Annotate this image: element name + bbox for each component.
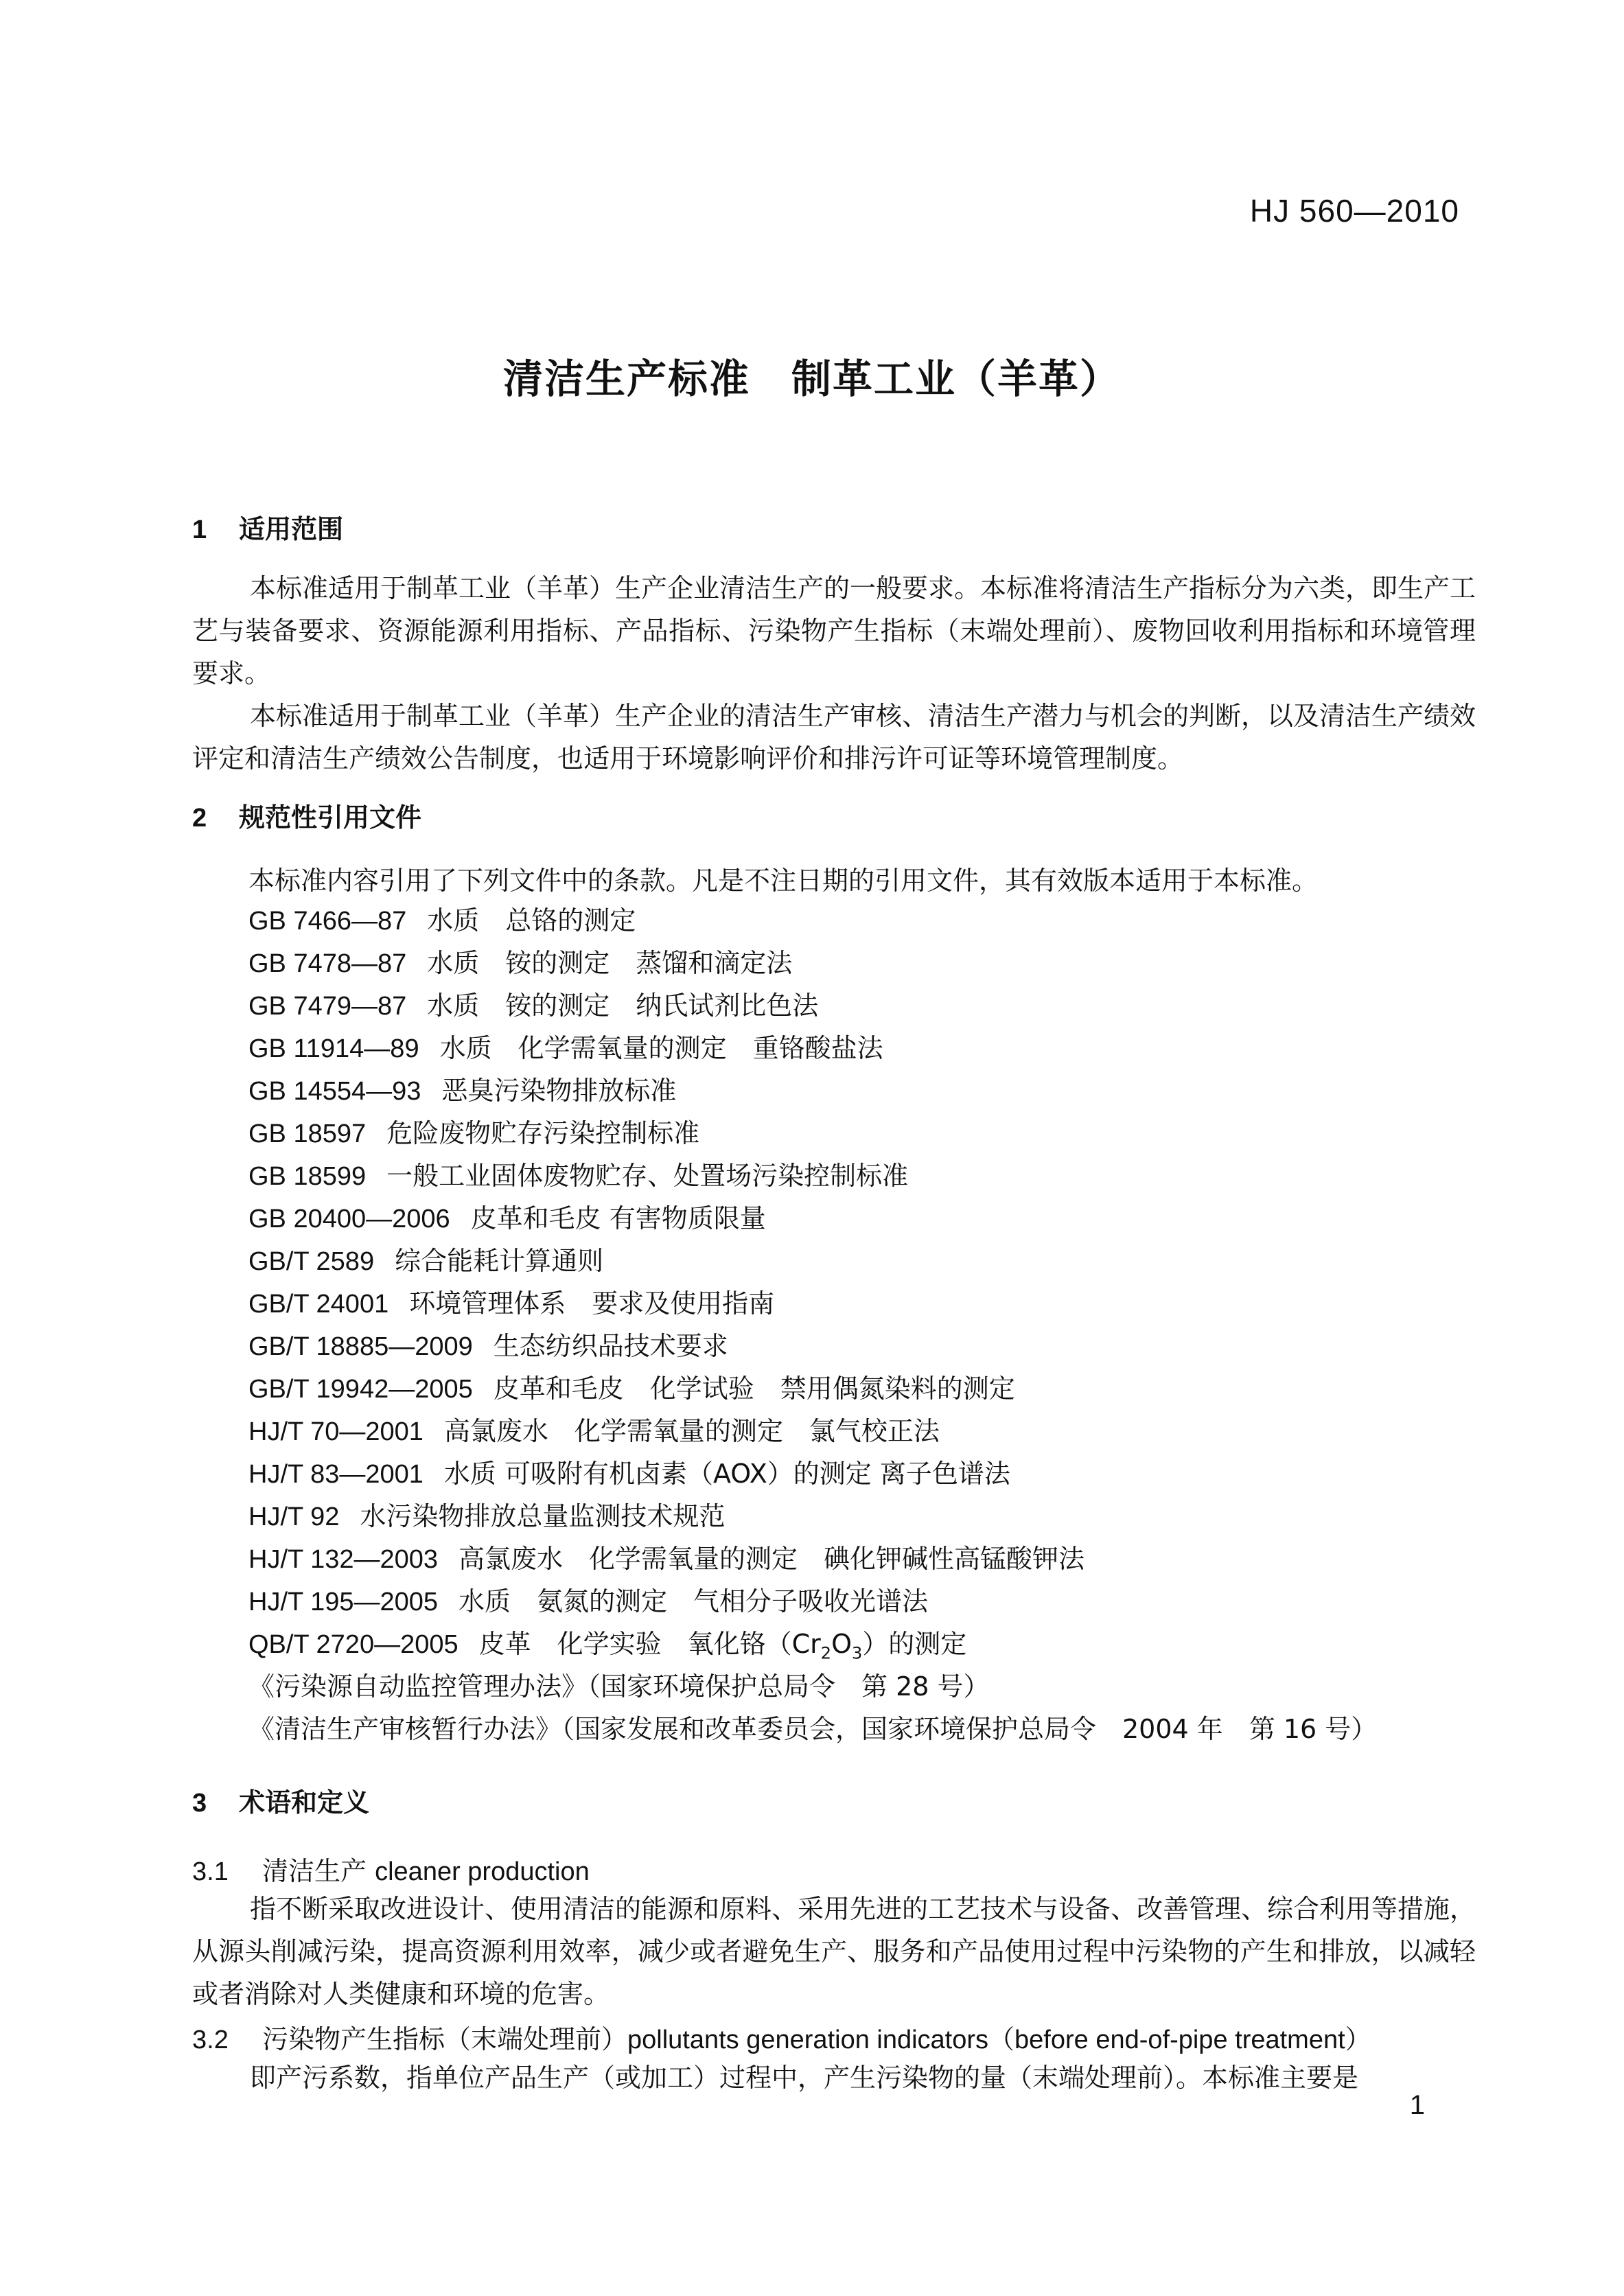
section-1-heading: 1适用范围	[192, 508, 343, 546]
document-page: HJ 560—2010 清洁生产标准 制革工业（羊革） 1适用范围 本标准适用于…	[0, 0, 1624, 2296]
term-number: 3.2	[192, 2026, 262, 2055]
reference-title: 皮革和毛皮 有害物质限量	[471, 1203, 766, 1233]
reference-title: 环境管理体系 要求及使用指南	[409, 1288, 774, 1319]
reference-item: GB 7478—87水质 铵的测定 蒸馏和滴定法	[248, 942, 1377, 984]
reference-code: GB 20400—2006	[248, 1205, 450, 1233]
reference-code: GB/T 2589	[248, 1247, 374, 1276]
reference-code: GB 7479—87	[248, 992, 406, 1021]
section-1-paragraph-2: 本标准适用于制革工业（羊革）生产企业的清洁生产审核、清洁生产潜力与机会的判断，以…	[192, 695, 1476, 780]
reference-item: 《清洁生产审核暂行办法》（国家发展和改革委员会，国家环境保护总局令 2004 年…	[248, 1708, 1377, 1750]
reference-title: 皮革和毛皮 化学试验 禁用偶氮染料的测定	[494, 1373, 1015, 1404]
reference-code: HJ/T 83—2001	[248, 1460, 424, 1489]
term-3-2-definition: 即产污系数，指单位产品生产（或加工）过程中，产生污染物的量（末端处理前）。本标准…	[192, 2056, 1476, 2099]
reference-code: HJ/T 70—2001	[248, 1417, 424, 1446]
reference-title: 恶臭污染物排放标准	[441, 1076, 676, 1106]
reference-title: 水污染物排放总量监测技术规范	[360, 1501, 725, 1531]
reference-item: GB 11914—89水质 化学需氧量的测定 重铬酸盐法	[248, 1027, 1377, 1069]
reference-item: GB 7466—87水质 总铬的测定	[248, 899, 1377, 942]
reference-item: HJ/T 92水污染物排放总量监测技术规范	[248, 1495, 1377, 1538]
term-3-1-heading: 3.1清洁生产 cleaner production	[192, 1850, 590, 1888]
reference-item: HJ/T 132—2003高氯废水 化学需氧量的测定 碘化钾碱性高锰酸钾法	[248, 1538, 1377, 1580]
reference-title: 《污染源自动监控管理办法》（国家环境保护总局令 第 28 号）	[248, 1671, 990, 1702]
document-title: 清洁生产标准 制革工业（羊革）	[0, 347, 1624, 404]
reference-code: HJ/T 92	[248, 1503, 339, 1531]
reference-title: 高氯废水 化学需氧量的测定 碘化钾碱性高锰酸钾法	[459, 1544, 1084, 1574]
section-2-heading: 2规范性引用文件	[192, 796, 421, 834]
reference-item: GB 20400—2006皮革和毛皮 有害物质限量	[248, 1197, 1377, 1240]
reference-code: GB 18599	[248, 1162, 366, 1191]
reference-item: GB 7479—87水质 铵的测定 纳氏试剂比色法	[248, 984, 1377, 1027]
reference-title-part: ）的测定	[862, 1629, 966, 1659]
reference-code: GB 11914—89	[248, 1034, 419, 1063]
term-chinese: 清洁生产	[262, 1856, 367, 1886]
term-english: pollutants generation indicators（before …	[627, 2026, 1371, 2054]
reference-item: 《污染源自动监控管理办法》（国家环境保护总局令 第 28 号）	[248, 1665, 1377, 1708]
term-number: 3.1	[192, 1857, 262, 1887]
reference-code: GB 14554—93	[248, 1077, 421, 1106]
reference-code: GB/T 18885—2009	[248, 1332, 473, 1361]
subscript: 2	[821, 1644, 831, 1663]
reference-item: GB/T 19942—2005皮革和毛皮 化学试验 禁用偶氮染料的测定	[248, 1367, 1377, 1410]
reference-title: 水质 化学需氧量的测定 重铬酸盐法	[440, 1033, 883, 1063]
reference-title-part: 皮革 化学实验 氧化铬（Cr	[479, 1629, 821, 1659]
references-intro: 本标准内容引用了下列文件中的条款。凡是不注日期的引用文件，其有效版本适用于本标准…	[248, 859, 1318, 902]
reference-item: GB/T 24001环境管理体系 要求及使用指南	[248, 1282, 1377, 1325]
reference-item: GB 14554—93恶臭污染物排放标准	[248, 1069, 1377, 1112]
reference-code: HJ/T 132—2003	[248, 1545, 438, 1574]
reference-code: GB 7478—87	[248, 949, 406, 978]
reference-item: HJ/T 70—2001高氯废水 化学需氧量的测定 氯气校正法	[248, 1410, 1377, 1452]
reference-code: GB 18597	[248, 1120, 366, 1148]
reference-title: 皮革 化学实验 氧化铬（Cr2O3）的测定	[479, 1629, 967, 1659]
reference-title: 《清洁生产审核暂行办法》（国家发展和改革委员会，国家环境保护总局令 2004 年…	[248, 1714, 1377, 1744]
section-title: 术语和定义	[239, 1787, 369, 1818]
reference-item: GB/T 18885—2009生态纺织品技术要求	[248, 1325, 1377, 1367]
section-number: 2	[192, 804, 239, 833]
reference-code: HJ/T 195—2005	[248, 1588, 438, 1616]
standard-code: HJ 560—2010	[1250, 192, 1459, 229]
reference-title: 生态纺织品技术要求	[494, 1331, 728, 1361]
reference-title: 水质 氨氮的测定 气相分子吸收光谱法	[459, 1586, 928, 1616]
reference-item: HJ/T 195—2005水质 氨氮的测定 气相分子吸收光谱法	[248, 1580, 1377, 1623]
reference-title: 水质 铵的测定 纳氏试剂比色法	[427, 990, 818, 1021]
reference-list: GB 7466—87水质 总铬的测定 GB 7478—87水质 铵的测定 蒸馏和…	[248, 899, 1377, 1750]
reference-code: GB/T 24001	[248, 1290, 388, 1319]
reference-code: QB/T 2720—2005	[248, 1630, 459, 1659]
reference-item: QB/T 2720—2005皮革 化学实验 氧化铬（Cr2O3）的测定	[248, 1623, 1377, 1665]
reference-title-part: O	[831, 1629, 852, 1659]
term-3-2-heading: 3.2污染物产生指标（末端处理前）pollutants generation i…	[192, 2018, 1371, 2056]
reference-code: GB 7466—87	[248, 907, 406, 936]
reference-code: GB/T 19942—2005	[248, 1375, 473, 1404]
reference-item: GB 18597危险废物贮存污染控制标准	[248, 1112, 1377, 1155]
section-number: 1	[192, 515, 239, 545]
term-3-1-definition: 指不断采取改进设计、使用清洁的能源和原料、采用先进的工艺技术与设备、改善管理、综…	[192, 1888, 1476, 2015]
reference-item: HJ/T 83—2001水质 可吸附有机卤素（AOX）的测定 离子色谱法	[248, 1452, 1377, 1495]
reference-item: GB 18599一般工业固体废物贮存、处置场污染控制标准	[248, 1155, 1377, 1197]
reference-title: 高氯废水 化学需氧量的测定 氯气校正法	[444, 1416, 940, 1446]
section-1-paragraph-1: 本标准适用于制革工业（羊革）生产企业清洁生产的一般要求。本标准将清洁生产指标分为…	[192, 567, 1476, 695]
section-title: 适用范围	[239, 514, 343, 544]
term-english: cleaner production	[375, 1857, 590, 1886]
reference-title: 危险废物贮存污染控制标准	[386, 1118, 699, 1148]
subscript: 3	[852, 1644, 862, 1663]
page-number: 1	[1410, 2090, 1425, 2121]
reference-item: GB/T 2589综合能耗计算通则	[248, 1240, 1377, 1282]
reference-title: 水质 可吸附有机卤素（AOX）的测定 离子色谱法	[444, 1459, 1010, 1489]
reference-title: 水质 铵的测定 蒸馏和滴定法	[427, 948, 792, 978]
reference-title: 一般工业固体废物贮存、处置场污染控制标准	[386, 1161, 908, 1191]
term-chinese: 污染物产生指标（末端处理前）	[262, 2024, 627, 2054]
reference-title: 综合能耗计算通则	[395, 1246, 603, 1276]
reference-title: 水质 总铬的测定	[427, 905, 636, 936]
section-title: 规范性引用文件	[239, 802, 421, 833]
section-3-heading: 3术语和定义	[192, 1781, 369, 1819]
section-number: 3	[192, 1789, 239, 1818]
